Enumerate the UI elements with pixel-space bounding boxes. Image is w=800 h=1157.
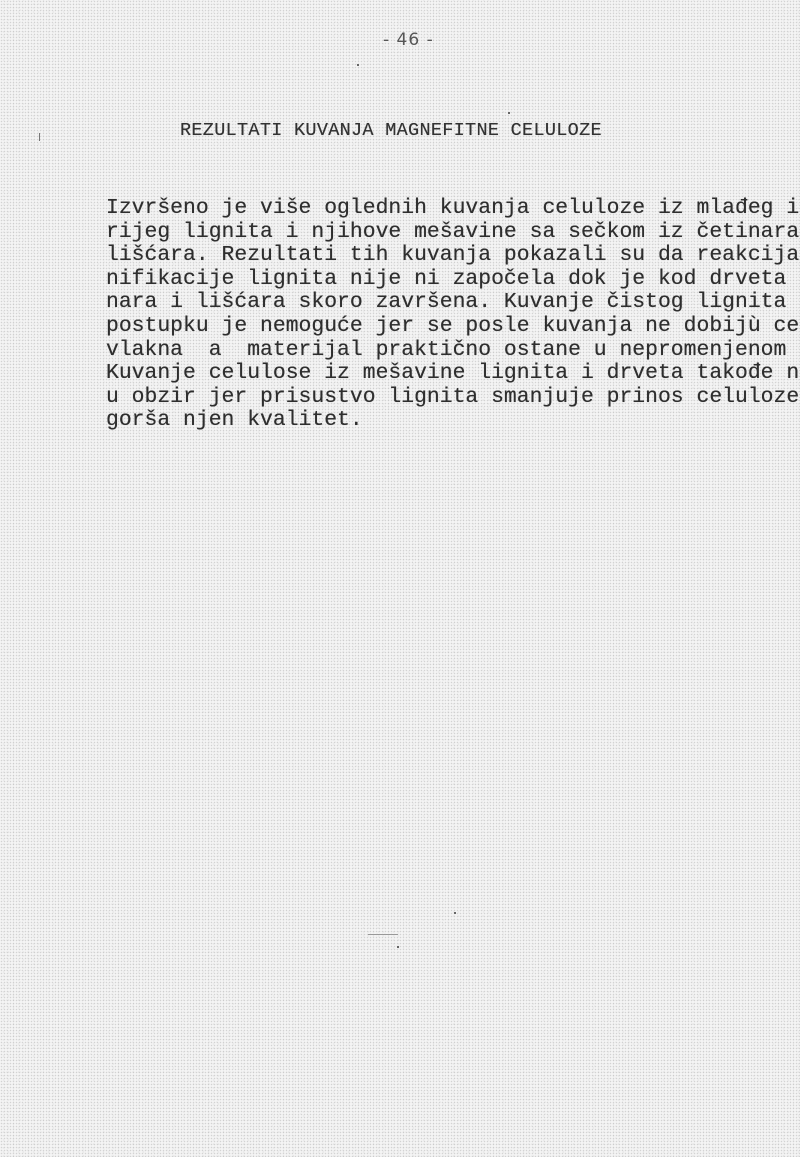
margin-mark — [39, 133, 40, 141]
body-paragraph: Izvršeno je više oglednih kuvanja celulo… — [106, 197, 800, 433]
scan-artifact-dot — [454, 912, 456, 914]
body-line: rijeg lignita i njihove mešavine sa sečk… — [106, 221, 800, 245]
scan-artifact-dot — [397, 946, 399, 948]
body-line: Kuvanje celulose iz mešavine lignita i d… — [106, 362, 800, 386]
body-line: postupku je nemoguće jer se posle kuvanj… — [106, 315, 800, 339]
body-line: nifikacije lignita nije ni započela dok … — [106, 268, 800, 292]
body-line: u obzir jer prisustvo lignita smanjuje p… — [106, 386, 800, 410]
scan-artifact-dot — [357, 64, 359, 66]
body-line: nara i lišćara skoro završena. Kuvanje č… — [106, 291, 800, 315]
section-heading: REZULTATI KUVANJA MAGNEFITNE CELULOZE — [180, 120, 602, 141]
body-line: gorša njen kvalitet. — [106, 409, 800, 433]
body-line: Izvršeno je više oglednih kuvanja celulo… — [106, 197, 800, 221]
scan-artifact-dot — [508, 112, 510, 114]
body-line: vlakna a materijal praktično ostane u ne… — [106, 339, 800, 363]
page-number: - 46 - — [383, 30, 434, 50]
body-line: lišćara. Rezultati tih kuvanja pokazali … — [106, 244, 800, 268]
scan-artifact-line — [368, 934, 398, 935]
